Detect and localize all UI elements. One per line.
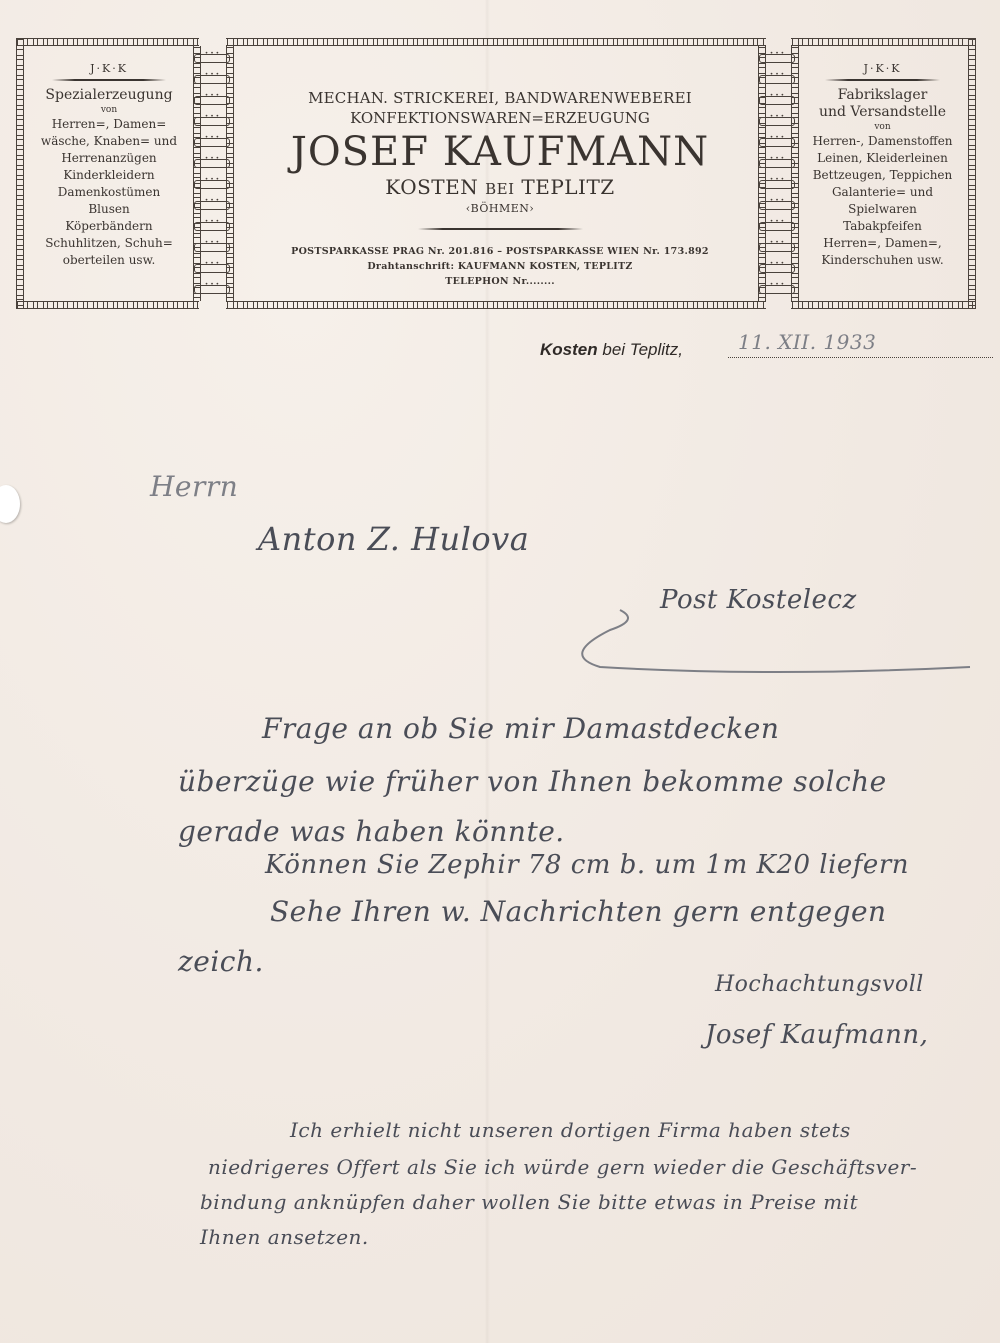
border-right-outer xyxy=(968,38,976,309)
left-panel-item: Herrenanzügen xyxy=(28,150,190,167)
left-panel-heading: Spezialerzeugung xyxy=(28,87,190,104)
left-panel-item: Damenkostümen xyxy=(28,184,190,201)
bank-accounts: POSTSPARKASSE PRAG Nr. 201.816 – POSTSPA… xyxy=(240,244,760,259)
right-panel-heading-1: Fabrikslager xyxy=(800,87,965,104)
border-top-right xyxy=(791,38,976,46)
monogram-left: J·K·K xyxy=(28,62,190,75)
right-panel-item: Herren-, Damenstoffen xyxy=(800,133,965,150)
right-panel-item: Herren=, Damen=, xyxy=(800,235,965,252)
right-panel-heading-2: und Versandstelle xyxy=(800,104,965,121)
right-panel-item: Kinderschuhen usw. xyxy=(800,252,965,269)
handwritten-date: 11. XII. 1933 xyxy=(738,330,876,354)
left-panel: J·K·K Spezialerzeugung von Herren=, Dame… xyxy=(28,62,190,269)
border-bottom-center xyxy=(226,301,766,309)
divider-center xyxy=(418,228,583,230)
right-panel: J·K·K Fabrikslager und Versandstelle von… xyxy=(800,62,965,269)
center-heading: MECHAN. STRICKEREI, BANDWARENWEBEREI KON… xyxy=(240,88,760,289)
right-panel-item: Spielwaren xyxy=(800,201,965,218)
divider-right xyxy=(825,79,941,81)
body-line: Frage an ob Sie mir Damastdecken xyxy=(262,712,779,745)
border-top-center xyxy=(226,38,766,46)
business-line-1: MECHAN. STRICKEREI, BANDWARENWEBEREI xyxy=(240,88,760,108)
body-line: gerade was haben könnte. xyxy=(178,815,565,848)
monogram-right: J·K·K xyxy=(800,62,965,75)
body-line: überzüge wie früher von Ihnen bekomme so… xyxy=(178,765,887,798)
left-panel-item: Blusen xyxy=(28,201,190,218)
signature: Josef Kaufmann, xyxy=(705,1020,928,1050)
postscript-line: Ihnen ansetzen. xyxy=(200,1225,369,1249)
dateline: Kosten bei Teplitz, xyxy=(540,340,683,360)
postscript-line: Ich erhielt nicht unseren dortigen Firma… xyxy=(290,1118,851,1142)
right-panel-item: Galanterie= und xyxy=(800,184,965,201)
border-top-left xyxy=(16,38,199,46)
left-panel-item: Kinderkleidern xyxy=(28,167,190,184)
right-panel-item: Tabakpfeifen xyxy=(800,218,965,235)
dateline-place: Kosten xyxy=(540,340,598,359)
divider-left xyxy=(52,79,165,81)
closing-greeting: Hochachtungsvoll xyxy=(715,972,924,997)
recipient-name: Anton Z. Hulova xyxy=(258,520,529,558)
location-town: KOSTEN xyxy=(385,175,478,199)
postscript-line: niedrigeres Offert als Sie ich würde ger… xyxy=(208,1155,917,1179)
telegram-address: Drahtanschrift: KAUFMANN KOSTEN, TEPLITZ xyxy=(240,259,760,274)
ornament-links-left xyxy=(192,54,232,294)
company-name: JOSEF KAUFMANN xyxy=(240,130,760,174)
body-line: Sehe Ihren w. Nachrichten gern entgegen xyxy=(270,895,887,928)
border-bottom-right xyxy=(791,301,976,309)
left-panel-item: Herren=, Damen= xyxy=(28,116,190,133)
address-flourish xyxy=(570,605,990,675)
left-panel-item: Köperbändern xyxy=(28,218,190,235)
right-panel-von: von xyxy=(800,121,965,133)
location-bei: BEI xyxy=(485,180,514,198)
left-panel-item: wäsche, Knaben= und xyxy=(28,133,190,150)
business-line-2: KONFEKTIONSWAREN=ERZEUGUNG xyxy=(240,108,760,128)
left-panel-item: oberteilen usw. xyxy=(28,252,190,269)
salutation: Herrn xyxy=(150,470,238,503)
date-field-line xyxy=(728,357,993,358)
border-left-outer xyxy=(16,38,24,309)
ornament-links-right xyxy=(757,54,797,294)
left-panel-von: von xyxy=(28,104,190,116)
telephone-number: TELEPHON Nr........ xyxy=(240,274,760,289)
body-line: zeich. xyxy=(178,945,264,978)
postscript-line: bindung anknüpfen daher wollen Sie bitte… xyxy=(200,1190,858,1214)
location-city: TEPLITZ xyxy=(521,175,614,199)
body-line: Können Sie Zephir 78 cm b. um 1m K20 lie… xyxy=(265,850,909,880)
right-panel-item: Bettzeugen, Teppichen xyxy=(800,167,965,184)
left-panel-item: Schuhlitzen, Schuh= xyxy=(28,235,190,252)
border-bottom-left xyxy=(16,301,199,309)
company-location: KOSTEN BEI TEPLITZ xyxy=(240,174,760,202)
dateline-rest: bei Teplitz, xyxy=(602,340,683,359)
right-panel-item: Leinen, Kleiderleinen xyxy=(800,150,965,167)
company-region: ‹BÖHMEN› xyxy=(240,202,760,216)
